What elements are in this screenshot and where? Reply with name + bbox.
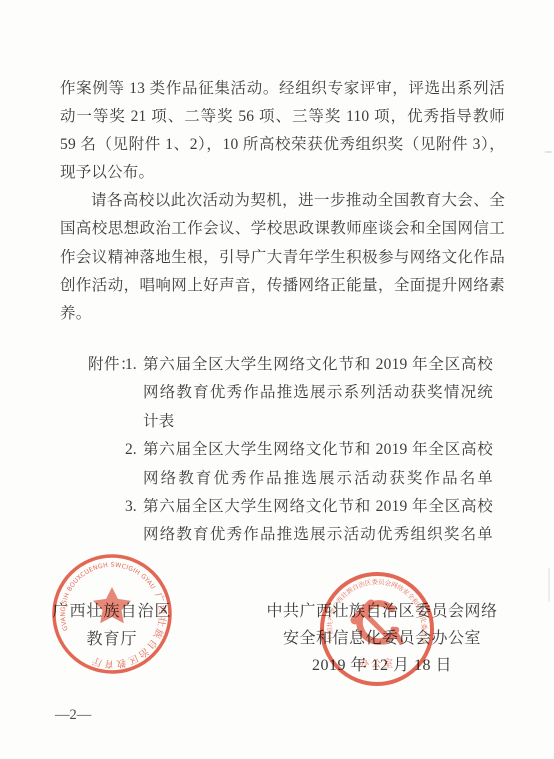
star-icon: [93, 587, 131, 623]
text-line: 养。: [60, 300, 505, 328]
text-line: 第六届全区大学生网络文化节和 2019 年全区高校: [143, 436, 493, 464]
hammer-sickle-icon: [355, 603, 401, 642]
text-line: 第六届全区大学生网络文化节和 2019 年全区高校: [143, 351, 493, 379]
text-line: 动一等奖 21 项、二等奖 56 项、三等奖 110 项，优秀指导教师: [60, 103, 505, 131]
attachment-item: 1. 第六届全区大学生网络文化节和 2019 年全区高校 网络教育优秀作品推选展…: [125, 351, 495, 436]
text-line: 网络教育优秀作品推选展示活动获奖作品名单: [143, 465, 493, 493]
text-line: 现予以公布。: [60, 159, 505, 187]
text-line: 作案例等 13 类作品征集活动。经组织专家评审，评选出系列活: [60, 75, 505, 103]
text-line: 网络教育优秀作品推选展示活动优秀组织奖名单: [143, 521, 493, 549]
attachment-text: 第六届全区大学生网络文化节和 2019 年全区高校 网络教育优秀作品推选展示活动…: [143, 493, 493, 550]
text-line: 国高校思想政治工作会议、学校思政课教师座谈会和全国网信工: [60, 215, 505, 243]
body-text: 作案例等 13 类作品征集活动。经组织专家评审，评选出系列活 动一等奖 21 项…: [60, 75, 505, 328]
seal-bottom-label: 办公室: [359, 657, 395, 670]
attachment-text: 第六届全区大学生网络文化节和 2019 年全区高校 网络教育优秀作品推选展示系列…: [143, 351, 493, 436]
party-committee-office-seal: 中国共产党广西壮族自治区委员会网络安全和信息化委员会 办公室: [302, 554, 452, 704]
page-number: —2—: [55, 707, 91, 724]
scan-speck: [545, 151, 552, 153]
text-line: 计表: [143, 408, 493, 436]
text-line: 网络教育优秀作品推选展示系列活动获奖情况统: [143, 379, 493, 407]
attachment-number: 2.: [125, 436, 143, 493]
text-line: 创作活动，唱响网上好声音，传播网络正能量，全面提升网络素: [60, 272, 505, 300]
document-page: 作案例等 13 类作品征集活动。经组织专家评审，评选出系列活 动一等奖 21 项…: [0, 0, 554, 759]
attachment-number: 1.: [125, 351, 143, 436]
attachment-text: 第六届全区大学生网络文化节和 2019 年全区高校 网络教育优秀作品推选展示活动…: [143, 436, 493, 493]
attachment-item: 2. 第六届全区大学生网络文化节和 2019 年全区高校 网络教育优秀作品推选展…: [125, 436, 495, 493]
text-line: 第六届全区大学生网络文化节和 2019 年全区高校: [143, 493, 493, 521]
education-department-seal: GVANGJSIH BOUXCUENGH SWCIGIH GYAUYUZDING…: [37, 539, 187, 689]
text-line: 59 名（见附件 1、2），10 所高校荣获优秀组织奖（见附件 3），: [60, 131, 505, 159]
text-line: 作会议精神落地生根，引导广大青年学生积极参与网络文化作品: [60, 244, 505, 272]
scan-speck: [548, 568, 550, 602]
attachments-list: 1. 第六届全区大学生网络文化节和 2019 年全区高校 网络教育优秀作品推选展…: [125, 351, 495, 550]
text-line: 请各高校以此次活动为契机，进一步推动全国教育大会、全: [60, 187, 505, 215]
